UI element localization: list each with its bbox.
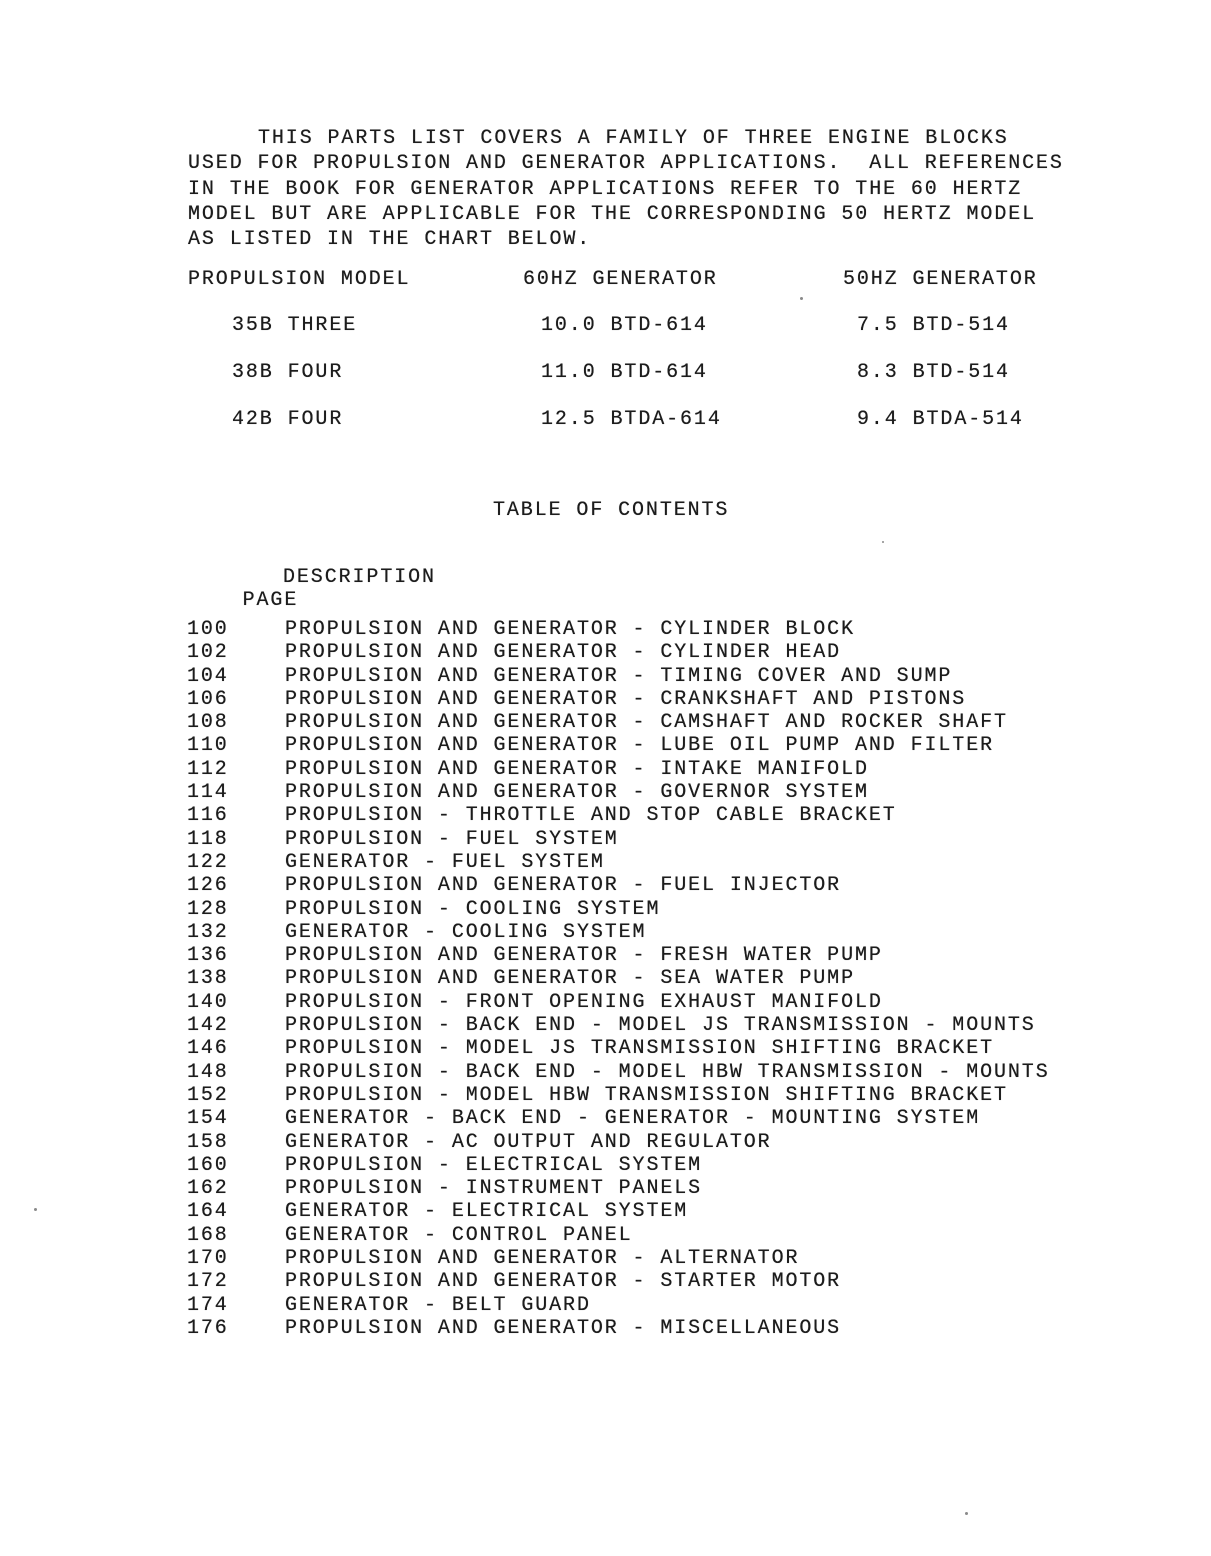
toc-entry-page-number: 116 bbox=[187, 804, 285, 827]
toc-entry-description: PROPULSION - MODEL HBW TRANSMISSION SHIF… bbox=[285, 1084, 1008, 1107]
toc-entry-description: PROPULSION AND GENERATOR - LUBE OIL PUMP… bbox=[285, 734, 994, 757]
toc-entry-description: PROPULSION AND GENERATOR - CYLINDER BLOC… bbox=[285, 618, 855, 641]
scan-speck bbox=[800, 297, 803, 300]
toc-entry-description: PROPULSION AND GENERATOR - ALTERNATOR bbox=[285, 1247, 799, 1270]
gen-60hz-cell: 11.0 BTD-614 bbox=[541, 361, 708, 385]
toc-entry-row: 148 PROPULSION - BACK END - MODEL HBW TR… bbox=[187, 1061, 1147, 1084]
toc-entry-description: GENERATOR - AC OUTPUT AND REGULATOR bbox=[285, 1131, 772, 1154]
toc-entry-description: PROPULSION - INSTRUMENT PANELS bbox=[285, 1177, 702, 1200]
toc-entry-row: 104 PROPULSION AND GENERATOR - TIMING CO… bbox=[187, 665, 1147, 688]
toc-entry-row: 174 GENERATOR - BELT GUARD bbox=[187, 1294, 1147, 1317]
toc-entry-row: 132 GENERATOR - COOLING SYSTEM bbox=[187, 921, 1147, 944]
toc-entry-description: PROPULSION AND GENERATOR - CAMSHAFT AND … bbox=[285, 711, 1008, 734]
toc-entry-page-number: 146 bbox=[187, 1037, 285, 1060]
toc-entry-row: 152 PROPULSION - MODEL HBW TRANSMISSION … bbox=[187, 1084, 1147, 1107]
toc-entry-row: 122 GENERATOR - FUEL SYSTEM bbox=[187, 851, 1147, 874]
toc-entry-page-number: 128 bbox=[187, 898, 285, 921]
toc-entry-row: 140 PROPULSION - FRONT OPENING EXHAUST M… bbox=[187, 991, 1147, 1014]
intro-line: AS LISTED IN THE CHART BELOW. bbox=[188, 227, 1108, 252]
toc-entry-description: PROPULSION AND GENERATOR - INTAKE MANIFO… bbox=[285, 758, 869, 781]
toc-entry-description: PROPULSION - ELECTRICAL SYSTEM bbox=[285, 1154, 702, 1177]
column-header-propulsion-model: PROPULSION MODEL bbox=[188, 268, 410, 292]
gen-50hz-cell: 8.3 BTD-514 bbox=[857, 361, 1010, 385]
toc-entry-description: PROPULSION - FUEL SYSTEM bbox=[285, 828, 619, 851]
toc-entry-page-number: 148 bbox=[187, 1061, 285, 1084]
toc-entry-row: 146 PROPULSION - MODEL JS TRANSMISSION S… bbox=[187, 1037, 1147, 1060]
toc-entry-page-number: 168 bbox=[187, 1224, 285, 1247]
toc-entry-description: GENERATOR - FUEL SYSTEM bbox=[285, 851, 605, 874]
toc-entry-page-number: 132 bbox=[187, 921, 285, 944]
gen-60hz-cell: 10.0 BTD-614 bbox=[541, 314, 708, 338]
toc-entry-description: PROPULSION - COOLING SYSTEM bbox=[285, 898, 660, 921]
column-header-60hz-generator: 60HZ GENERATOR bbox=[523, 268, 718, 292]
toc-entry-row: 118 PROPULSION - FUEL SYSTEM bbox=[187, 828, 1147, 851]
toc-entry-row: 116 PROPULSION - THROTTLE AND STOP CABLE… bbox=[187, 804, 1147, 827]
toc-entry-page-number: 110 bbox=[187, 734, 285, 757]
toc-entry-description: PROPULSION - THROTTLE AND STOP CABLE BRA… bbox=[285, 804, 897, 827]
toc-entry-description: PROPULSION AND GENERATOR - SEA WATER PUM… bbox=[285, 967, 855, 990]
toc-entry-page-number: 142 bbox=[187, 1014, 285, 1037]
model-cell: 38B FOUR bbox=[232, 361, 343, 385]
toc-entry-page-number: 102 bbox=[187, 641, 285, 664]
toc-entry-description: PROPULSION AND GENERATOR - CRANKSHAFT AN… bbox=[285, 688, 966, 711]
toc-entry-page-number: 138 bbox=[187, 967, 285, 990]
toc-entry-page-number: 114 bbox=[187, 781, 285, 804]
intro-paragraph: THIS PARTS LIST COVERS A FAMILY OF THREE… bbox=[188, 126, 1108, 252]
scanned-document-page: THIS PARTS LIST COVERS A FAMILY OF THREE… bbox=[0, 0, 1211, 1556]
toc-entry-page-number: 136 bbox=[187, 944, 285, 967]
scan-speck bbox=[965, 1512, 968, 1515]
toc-entry-row: 172 PROPULSION AND GENERATOR - STARTER M… bbox=[187, 1270, 1147, 1293]
toc-entry-page-number: 140 bbox=[187, 991, 285, 1014]
toc-entry-page-number: 172 bbox=[187, 1270, 285, 1293]
gen-60hz-cell: 12.5 BTDA-614 bbox=[541, 408, 722, 432]
toc-entry-row: 126 PROPULSION AND GENERATOR - FUEL INJE… bbox=[187, 874, 1147, 897]
column-header-50hz-generator: 50HZ GENERATOR bbox=[843, 268, 1038, 292]
intro-line: USED FOR PROPULSION AND GENERATOR APPLIC… bbox=[188, 151, 1108, 176]
gen-50hz-cell: 7.5 BTD-514 bbox=[857, 314, 1010, 338]
toc-entry-page-number: 122 bbox=[187, 851, 285, 874]
toc-entry-row: 110 PROPULSION AND GENERATOR - LUBE OIL … bbox=[187, 734, 1147, 757]
toc-entry-page-number: 164 bbox=[187, 1200, 285, 1223]
toc-entry-page-number: 100 bbox=[187, 618, 285, 641]
toc-entry-row: 106 PROPULSION AND GENERATOR - CRANKSHAF… bbox=[187, 688, 1147, 711]
toc-entry-row: 112 PROPULSION AND GENERATOR - INTAKE MA… bbox=[187, 758, 1147, 781]
toc-entry-description: PROPULSION AND GENERATOR - STARTER MOTOR bbox=[285, 1270, 841, 1293]
toc-entry-description: PROPULSION AND GENERATOR - TIMING COVER … bbox=[285, 665, 952, 688]
toc-entry-page-number: 162 bbox=[187, 1177, 285, 1200]
toc-entry-page-number: 108 bbox=[187, 711, 285, 734]
toc-entry-description: PROPULSION AND GENERATOR - GOVERNOR SYST… bbox=[285, 781, 869, 804]
toc-entry-description: PROPULSION - FRONT OPENING EXHAUST MANIF… bbox=[285, 991, 883, 1014]
toc-entry-row: 160 PROPULSION - ELECTRICAL SYSTEM bbox=[187, 1154, 1147, 1177]
toc-entry-row: 100 PROPULSION AND GENERATOR - CYLINDER … bbox=[187, 618, 1147, 641]
toc-entry-page-number: 112 bbox=[187, 758, 285, 781]
toc-entry-description: PROPULSION AND GENERATOR - CYLINDER HEAD bbox=[285, 641, 841, 664]
toc-entry-page-number: 158 bbox=[187, 1131, 285, 1154]
toc-entry-row: 154 GENERATOR - BACK END - GENERATOR - M… bbox=[187, 1107, 1147, 1130]
toc-entry-description: PROPULSION AND GENERATOR - MISCELLANEOUS bbox=[285, 1317, 841, 1340]
toc-entry-page-number: 118 bbox=[187, 828, 285, 851]
toc-entry-page-number: 126 bbox=[187, 874, 285, 897]
intro-line: MODEL BUT ARE APPLICABLE FOR THE CORRESP… bbox=[188, 202, 1108, 227]
toc-entry-row: 136 PROPULSION AND GENERATOR - FRESH WAT… bbox=[187, 944, 1147, 967]
scan-speck bbox=[882, 541, 884, 543]
toc-entry-row: 162 PROPULSION - INSTRUMENT PANELS bbox=[187, 1177, 1147, 1200]
toc-entry-description: GENERATOR - COOLING SYSTEM bbox=[285, 921, 646, 944]
toc-entry-page-number: 174 bbox=[187, 1294, 285, 1317]
toc-entry-description: GENERATOR - ELECTRICAL SYSTEM bbox=[285, 1200, 688, 1223]
toc-entry-page-number: 154 bbox=[187, 1107, 285, 1130]
toc-entry-row: 164 GENERATOR - ELECTRICAL SYSTEM bbox=[187, 1200, 1147, 1223]
toc-entry-description: PROPULSION - BACK END - MODEL HBW TRANSM… bbox=[285, 1061, 1050, 1084]
toc-entry-row: 170 PROPULSION AND GENERATOR - ALTERNATO… bbox=[187, 1247, 1147, 1270]
intro-line: THIS PARTS LIST COVERS A FAMILY OF THREE… bbox=[188, 126, 1108, 151]
toc-title: TABLE OF CONTENTS bbox=[493, 499, 729, 522]
toc-entry-row: 108 PROPULSION AND GENERATOR - CAMSHAFT … bbox=[187, 711, 1147, 734]
toc-entry-page-number: 106 bbox=[187, 688, 285, 711]
toc-entry-description: GENERATOR - BACK END - GENERATOR - MOUNT… bbox=[285, 1107, 980, 1130]
toc-entry-row: 102 PROPULSION AND GENERATOR - CYLINDER … bbox=[187, 641, 1147, 664]
toc-entry-row: 142 PROPULSION - BACK END - MODEL JS TRA… bbox=[187, 1014, 1147, 1037]
toc-entry-row: 176 PROPULSION AND GENERATOR - MISCELLAN… bbox=[187, 1317, 1147, 1340]
toc-entry-page-number: 104 bbox=[187, 665, 285, 688]
toc-description-column-header: DESCRIPTION bbox=[283, 566, 436, 589]
model-cell: 42B FOUR bbox=[232, 408, 343, 432]
model-cell: 35B THREE bbox=[232, 314, 357, 338]
scan-speck bbox=[34, 1208, 37, 1211]
toc-entry-row: 138 PROPULSION AND GENERATOR - SEA WATER… bbox=[187, 967, 1147, 990]
toc-entry-description: PROPULSION AND GENERATOR - FUEL INJECTOR bbox=[285, 874, 841, 897]
toc-entry-row: 114 PROPULSION AND GENERATOR - GOVERNOR … bbox=[187, 781, 1147, 804]
toc-entry-page-number: 170 bbox=[187, 1247, 285, 1270]
toc-entry-description: PROPULSION - BACK END - MODEL JS TRANSMI… bbox=[285, 1014, 1036, 1037]
toc-entry-page-number: 152 bbox=[187, 1084, 285, 1107]
toc-entry-description: PROPULSION AND GENERATOR - FRESH WATER P… bbox=[285, 944, 883, 967]
toc-entry-description: PROPULSION - MODEL JS TRANSMISSION SHIFT… bbox=[285, 1037, 994, 1060]
toc-entry-row: 128 PROPULSION - COOLING SYSTEM bbox=[187, 898, 1147, 921]
intro-line: IN THE BOOK FOR GENERATOR APPLICATIONS R… bbox=[188, 177, 1108, 202]
toc-entry-page-number: 160 bbox=[187, 1154, 285, 1177]
toc-entry-row: 168 GENERATOR - CONTROL PANEL bbox=[187, 1224, 1147, 1247]
toc-entry-row: 158 GENERATOR - AC OUTPUT AND REGULATOR bbox=[187, 1131, 1147, 1154]
toc-entry-page-number: 176 bbox=[187, 1317, 285, 1340]
toc-page-column-header: PAGE bbox=[243, 589, 299, 612]
gen-50hz-cell: 9.4 BTDA-514 bbox=[857, 408, 1024, 432]
toc-entry-description: GENERATOR - CONTROL PANEL bbox=[285, 1224, 633, 1247]
toc-entry-description: GENERATOR - BELT GUARD bbox=[285, 1294, 591, 1317]
toc-list: 100 PROPULSION AND GENERATOR - CYLINDER … bbox=[187, 618, 1147, 1340]
